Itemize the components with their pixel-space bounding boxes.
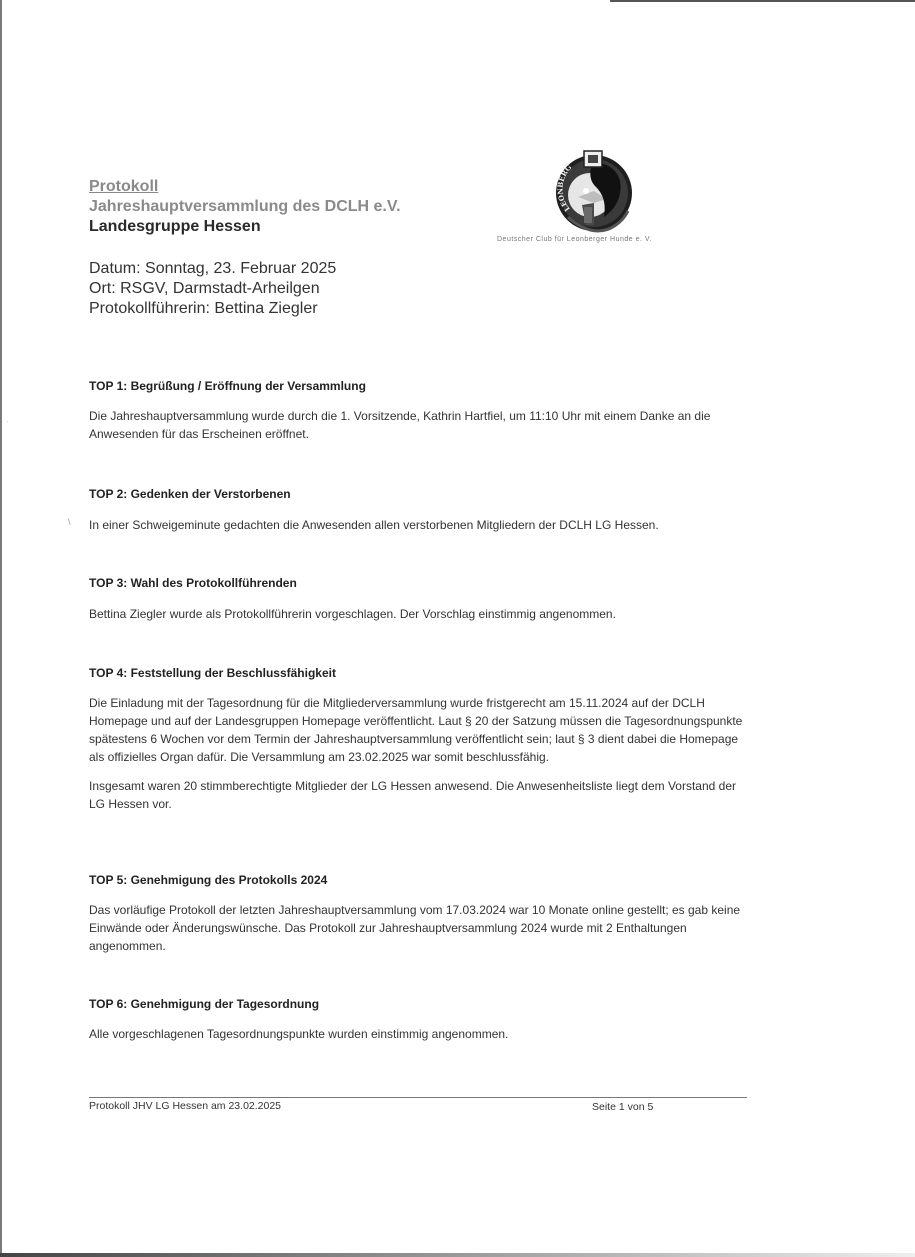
group-name: Landesgruppe Hessen [89, 217, 401, 237]
club-caption: Deutscher Club für Leonberger Hunde e. V… [497, 236, 652, 243]
agenda-item-3: TOP 3: Wahl des Protokollführenden Betti… [89, 575, 749, 623]
meeting-recorder: Protokollführerin: Bettina Ziegler [89, 299, 336, 319]
agenda-text: In einer Schweigeminute gedachten die An… [89, 516, 749, 534]
agenda-item-4: TOP 4: Feststellung der Beschlussfähigke… [89, 665, 749, 813]
scan-edge-left [0, 0, 2, 1257]
agenda-heading: TOP 2: Gedenken der Verstorbenen [89, 486, 749, 502]
agenda-heading: TOP 1: Begrüßung / Eröffnung der Versamm… [89, 378, 749, 394]
scan-edge-bottom [0, 1253, 915, 1257]
meeting-date: Datum: Sonntag, 23. Februar 2025 [89, 259, 336, 279]
club-emblem-icon: LEONBERG [548, 147, 638, 235]
agenda-item-2: TOP 2: Gedenken der Verstorbenen In eine… [89, 486, 749, 534]
document-subtitle: Jahreshauptversammlung des DCLH e.V. [89, 197, 401, 217]
meeting-location: Ort: RSGV, Darmstadt-Arheilgen [89, 279, 336, 299]
agenda-text: Alle vorgeschlagenen Tagesordnungspunkte… [89, 1025, 749, 1043]
agenda-text: Insgesamt waren 20 stimmberechtigte Mitg… [89, 777, 749, 813]
agenda-heading: TOP 4: Feststellung der Beschlussfähigke… [89, 665, 749, 681]
agenda-text: Das vorläufige Protokoll der letzten Jah… [89, 901, 749, 955]
agenda-heading: TOP 6: Genehmigung der Tagesordnung [89, 996, 749, 1012]
footer-document-label: Protokoll JHV LG Hessen am 23.02.2025 [89, 1100, 281, 1112]
footer-divider [89, 1097, 747, 1098]
agenda-text: Die Einladung mit der Tagesordnung für d… [89, 694, 749, 766]
document-header: Protokoll Jahreshauptversammlung des DCL… [89, 177, 401, 237]
page-number: Seite 1 von 5 [592, 1101, 653, 1113]
agenda-item-1: TOP 1: Begrüßung / Eröffnung der Versamm… [89, 378, 749, 443]
meeting-meta: Datum: Sonntag, 23. Februar 2025 Ort: RS… [89, 259, 336, 319]
scan-artifact: \ [68, 517, 71, 527]
agenda-item-5: TOP 5: Genehmigung des Protokolls 2024 D… [89, 872, 749, 955]
agenda-item-6: TOP 6: Genehmigung der Tagesordnung Alle… [89, 996, 749, 1043]
agenda-text: Bettina Ziegler wurde als Protokollführe… [89, 605, 749, 623]
agenda-heading: TOP 3: Wahl des Protokollführenden [89, 575, 749, 591]
agenda-heading: TOP 5: Genehmigung des Protokolls 2024 [89, 872, 749, 888]
document-title: Protokoll [89, 177, 401, 197]
scan-artifact: · [6, 417, 9, 426]
agenda-text: Die Jahreshauptversammlung wurde durch d… [89, 407, 749, 443]
scan-edge-top [610, 0, 915, 2]
